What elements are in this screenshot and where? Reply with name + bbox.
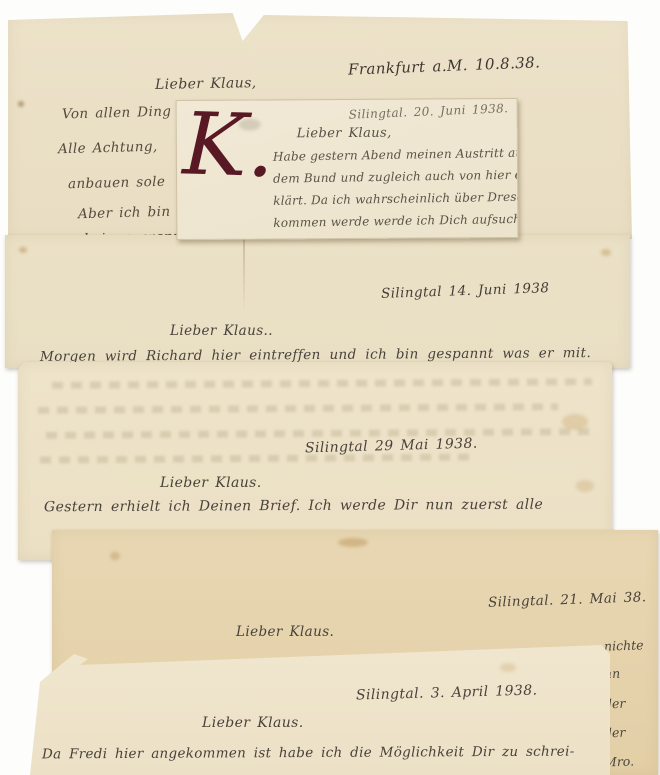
- 29-mai-body-line: Gestern erhielt ich Deinen Brief. Ich we…: [44, 497, 543, 516]
- stain: [18, 101, 24, 107]
- ghost-text-line: [46, 428, 591, 439]
- stain: [576, 480, 594, 492]
- stain: [500, 663, 516, 672]
- ghost-text-line: [40, 453, 470, 463]
- stain: [110, 552, 120, 560]
- frankfurt-salutation: Lieber Klaus,: [155, 75, 257, 93]
- photo-of-letters: Frankfurt a.M. 10.8.38. Lieber Klaus, Vo…: [0, 0, 660, 775]
- stain: [19, 247, 27, 253]
- frankfurt-fragment-line: Alle Achtung,: [58, 139, 158, 158]
- 14-juni-dateline: Silingtal 14. Juni 1938: [381, 280, 550, 302]
- 3-april-dateline: Silingtal. 3. April 1938.: [356, 682, 538, 703]
- stain: [338, 538, 368, 547]
- 29-mai-salutation: Lieber Klaus.: [160, 475, 262, 491]
- edge-fragment-word: nichte: [604, 637, 644, 653]
- 3-april-body-line: Da Fredi hier angekommen ist habe ich di…: [42, 744, 575, 763]
- 14-juni-salutation: Lieber Klaus..: [170, 323, 273, 339]
- frankfurt-fragment-line: Aber ich bin: [78, 204, 171, 222]
- card-20-juni-paper: K. Silingtal. 20. Juni 1938. Lieber Klau…: [176, 98, 519, 240]
- card-body-line: kommen werde werde ich Dich aufsuchen kö…: [273, 211, 518, 230]
- letter-14-juni-paper: Silingtal 14. Juni 1938 Lieber Klaus.. M…: [5, 235, 630, 368]
- card-dateline: Silingtal. 20. Juni 1938.: [349, 101, 509, 122]
- card-body-line: dem Bund und zugleich auch von hier er-: [273, 168, 518, 186]
- stain: [562, 414, 588, 430]
- frankfurt-fragment-line: anbauen sole: [68, 174, 166, 193]
- card-initial-letter: K.: [182, 101, 276, 190]
- 21-mai-dateline: Silingtal. 21. Mai 38.: [488, 589, 647, 611]
- smudge: [239, 119, 261, 131]
- card-body-line: Habe gestern Abend meinen Austritt aus: [273, 146, 519, 164]
- stain: [601, 249, 611, 256]
- fold-crease: [243, 235, 245, 313]
- letter-3-april-paper: Silingtal. 3. April 1938. Lieber Klaus. …: [30, 645, 610, 775]
- ghost-text-line: [52, 378, 592, 389]
- frankfurt-dateline: Frankfurt a.M. 10.8.38.: [348, 53, 541, 78]
- card-body-line: klärt. Da ich wahrscheinlich über Dresde…: [273, 189, 518, 207]
- frankfurt-fragment-line: Von allen Ding: [62, 104, 172, 123]
- card-salutation: Lieber Klaus,: [297, 126, 392, 142]
- 3-april-salutation: Lieber Klaus.: [202, 715, 304, 731]
- 21-mai-salutation: Lieber Klaus.: [236, 624, 334, 640]
- ghost-text-line: [38, 403, 558, 414]
